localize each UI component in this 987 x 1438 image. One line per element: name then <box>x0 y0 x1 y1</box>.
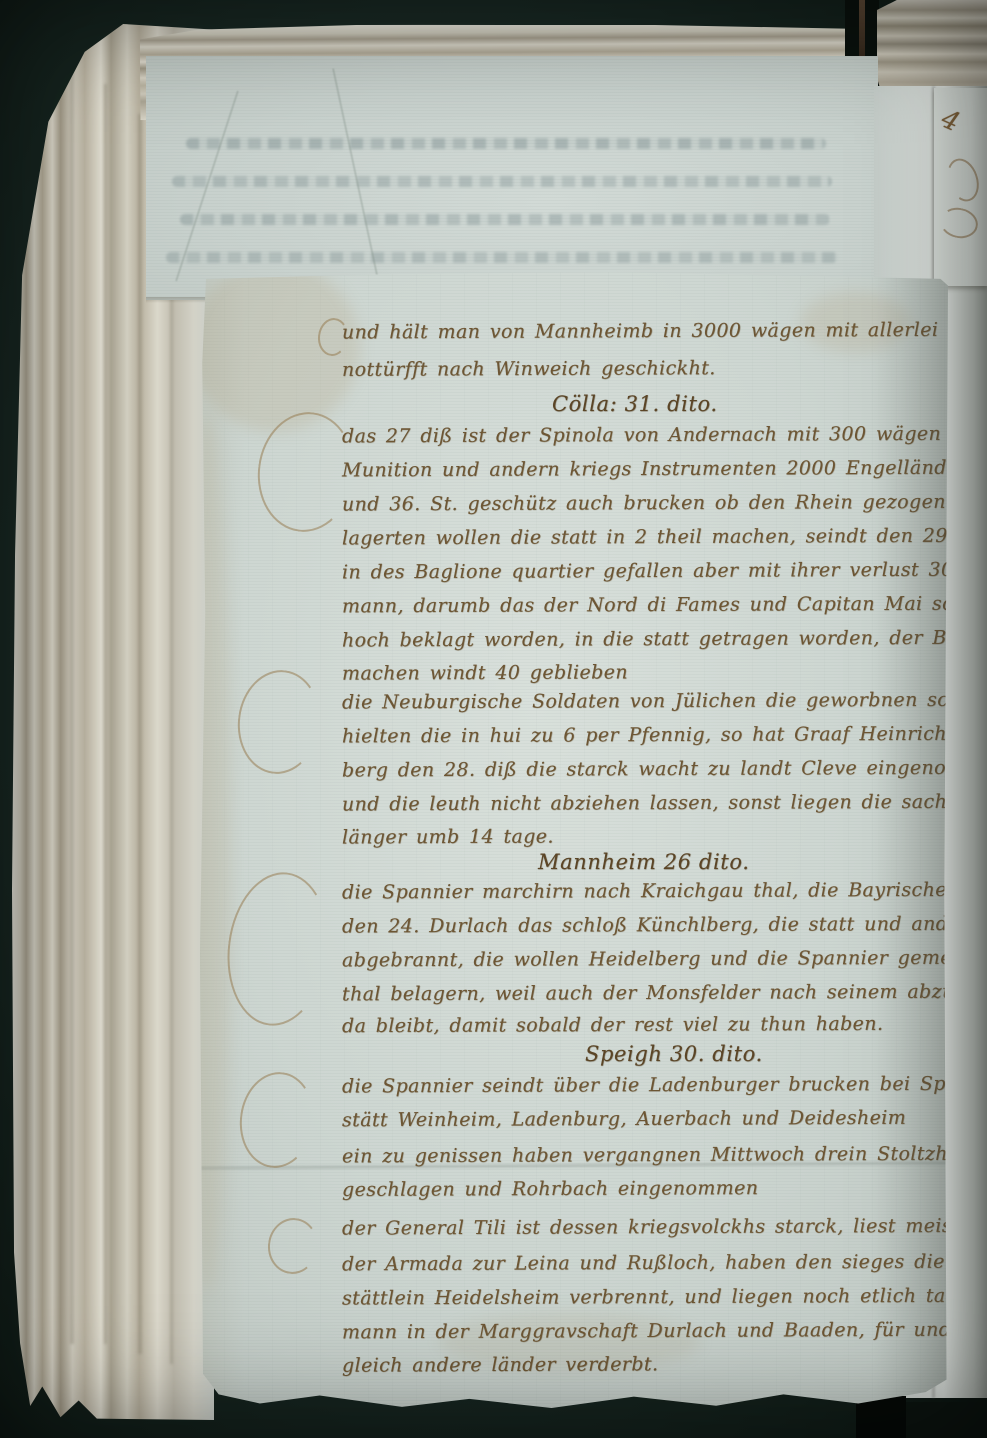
section-heading: Cölla: 31. dito. <box>552 392 718 416</box>
text-line: Munition und andern kriegs Instrumenten … <box>342 457 948 482</box>
margin-paraph <box>234 1068 319 1172</box>
right-margin-piece: 4 <box>934 88 987 286</box>
stack-edge-line <box>70 64 74 1344</box>
paper-stain <box>440 1312 700 1372</box>
under-leaf <box>146 56 878 300</box>
text-line: das 27 diß ist der Spinola von Andernach… <box>342 423 948 448</box>
paper-crease <box>200 1161 948 1169</box>
text-line: lagerten wollen die statt in 2 theil mac… <box>342 525 948 550</box>
text-line: der Armada zur Leina und Rußloch, haben … <box>342 1251 945 1276</box>
text-line: machen windt 40 geblieben <box>342 661 628 684</box>
bleedthrough-line <box>166 252 838 263</box>
paper-stain <box>200 272 360 432</box>
margin-paraph <box>232 665 326 778</box>
manuscript-photo: 4 und hält man von Mannheimb in 3000 wäg… <box>0 0 987 1438</box>
text-line: in des Baglione quartier gefallen aber m… <box>342 559 948 584</box>
text-line: mann in der Marggravschaft Durlach und B… <box>342 1319 948 1344</box>
text-line: hoch beklagt worden, in die statt getrag… <box>342 627 948 652</box>
stack-edge-line <box>170 144 173 1364</box>
text-line: und 36. St. geschütz auch brucken ob den… <box>342 491 948 516</box>
stack-edge-line <box>104 84 107 1344</box>
text-line: der General Tili ist dessen kriegsvolckh… <box>342 1214 948 1239</box>
text-line: und hält man von Mannheimb in 3000 wägen… <box>342 319 948 344</box>
text-line: da bleibt, damit sobald der rest viel zu… <box>342 1013 883 1037</box>
section-heading: Speigh 30. dito. <box>585 1042 763 1066</box>
text-line: den 24. Durlach das schloß Künchlberg, d… <box>342 912 948 937</box>
margin-paraph <box>251 407 361 538</box>
text-line: geschlagen und Rohrbach eingenommen <box>342 1177 759 1201</box>
text-line: nottürfft nach Winweich geschickht. <box>342 357 716 381</box>
text-line: die Neuburgische Soldaten von Jülichen d… <box>342 689 948 714</box>
text-line: ein zu genissen haben vergangnen Mittwoc… <box>342 1143 948 1168</box>
text-line: thal belagern, weil auch der Monsfelder … <box>342 981 948 1006</box>
text-line: die Spannier seindt über die Ladenburger… <box>342 1073 948 1098</box>
margin-paraph <box>316 316 350 357</box>
text-line: mann, darumb das der Nord di Fames und C… <box>342 593 948 618</box>
page-stack-right-top <box>877 0 987 100</box>
text-line: die Spannier marchirn nach Kraichgau tha… <box>342 879 948 904</box>
bleedthrough-line <box>180 214 830 225</box>
paper-stain <box>800 292 910 352</box>
text-line: berg den 28. diß die starck wacht zu lan… <box>342 757 948 782</box>
text-line: gleich andere länder verderbt. <box>342 1353 658 1376</box>
paper-stain <box>200 412 230 1292</box>
margin-paraph <box>219 866 337 1031</box>
margin-paraph <box>265 1215 321 1277</box>
text-line: abgebrannt, die wollen Heidelberg und di… <box>342 947 948 972</box>
marginalia-flourish <box>937 204 980 241</box>
stack-edge-line <box>138 114 142 1354</box>
marginalia-mark: 4 <box>937 104 964 138</box>
text-line: und die leuth nicht abziehen lassen, son… <box>342 791 948 816</box>
section-heading: Mannheim 26 dito. <box>538 850 749 874</box>
bleedthrough-line <box>186 138 826 149</box>
text-line: länger umb 14 tage. <box>342 826 554 849</box>
bleedthrough-line <box>172 176 832 187</box>
cover-edge <box>859 0 865 62</box>
gutter-shadow <box>906 1402 987 1438</box>
marginalia-flourish <box>942 154 984 205</box>
newsletter-sheet: und hält man von Mannheimb in 3000 wägen… <box>200 272 948 1408</box>
text-line: hielten die in hui zu 6 per Pfennig, so … <box>342 723 948 748</box>
text-line: stättlein Heidelsheim verbrennt, und lie… <box>342 1285 948 1310</box>
text-line: stätt Weinheim, Ladenburg, Auerbach und … <box>342 1107 906 1131</box>
